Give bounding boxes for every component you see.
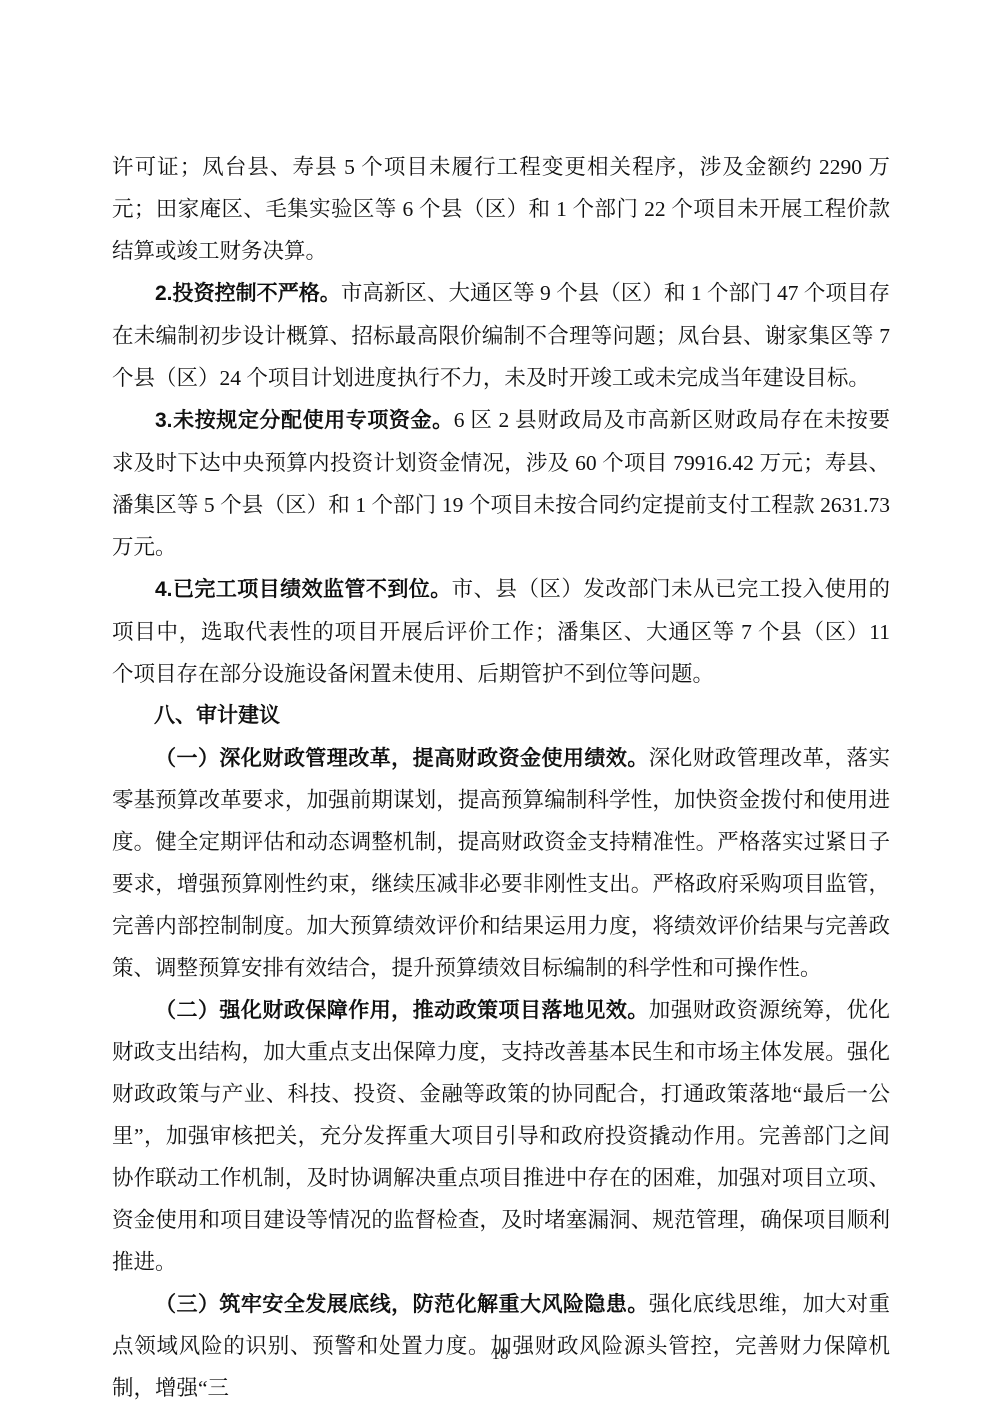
paragraph-suggestion-2: （二）强化财政保障作用，推动政策项目落地见效。加强财政资源统筹，优化财政支出结构…: [112, 989, 890, 1283]
document-body: 许可证；凤台县、寿县 5 个项目未履行工程变更相关程序，涉及金额约 2290 万…: [112, 146, 890, 1409]
body-text: 许可证；凤台县、寿县 5 个项目未履行工程变更相关程序，涉及金额约 2290 万…: [112, 155, 890, 263]
body-text: 深化财政管理改革，落实零基预算改革要求，加强前期谋划，提高预算编制科学性，加快资…: [112, 746, 890, 980]
section-heading-text: 八、审计建议: [154, 704, 280, 727]
page-number: 18: [0, 1344, 1000, 1364]
paragraph-finding-4: 4.已完工项目绩效监管不到位。市、县（区）发改部门未从已完工投入使用的项目中，选…: [112, 568, 890, 695]
suggestion-2-title: （二）强化财政保障作用，推动政策项目落地见效。: [155, 998, 649, 1022]
paragraph-suggestion-1: （一）深化财政管理改革，提高财政资金使用绩效。深化财政管理改革，落实零基预算改革…: [112, 737, 890, 989]
finding-4-title: 4.已完工项目绩效监管不到位。: [155, 578, 452, 601]
document-page: 许可证；凤台县、寿县 5 个项目未履行工程变更相关程序，涉及金额约 2290 万…: [0, 0, 1000, 1415]
finding-2-title: 2.投资控制不严格。: [155, 282, 341, 305]
section-heading-audit-suggestions: 八、审计建议: [112, 695, 890, 737]
suggestion-1-title: （一）深化财政管理改革，提高财政资金使用绩效。: [155, 746, 649, 770]
finding-3-title: 3.未按规定分配使用专项资金。: [155, 409, 454, 432]
suggestion-3-title: （三）筑牢安全发展底线，防范化解重大风险隐患。: [155, 1292, 649, 1316]
paragraph-finding-3: 3.未按规定分配使用专项资金。6 区 2 县财政局及市高新区财政局存在未按要求及…: [112, 399, 890, 568]
paragraph-finding-2: 2.投资控制不严格。市高新区、大通区等 9 个县（区）和 1 个部门 47 个项…: [112, 272, 890, 399]
body-text: 加强财政资源统筹，优化财政支出结构，加大重点支出保障力度，支持改善基本民生和市场…: [112, 998, 890, 1274]
paragraph-carryover: 许可证；凤台县、寿县 5 个项目未履行工程变更相关程序，涉及金额约 2290 万…: [112, 146, 890, 272]
